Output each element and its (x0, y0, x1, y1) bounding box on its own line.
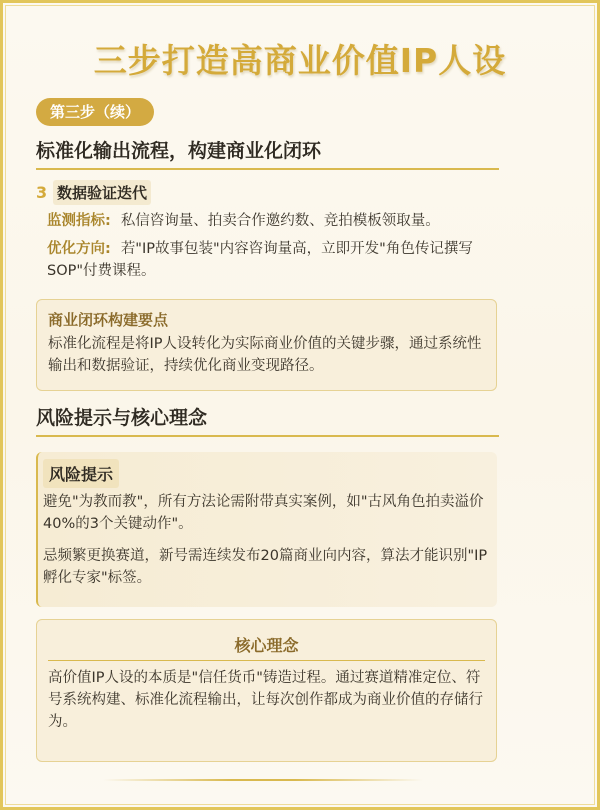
optimization-direction: 优化方向:若"IP故事包装"内容咨询量高，立即开发"角色传记撰写SOP"付费课程… (47, 238, 497, 282)
item-number: 3 (36, 183, 47, 202)
risk-label: 风险提示 (43, 459, 119, 488)
key-points-title: 商业闭环构建要点 (48, 309, 485, 330)
monitoring-label: 监测指标: (47, 213, 111, 229)
key-points-text: 标准化流程是将IP人设转化为实际商业价值的关键步骤，通过系统性输出和数据验证，持… (48, 333, 485, 377)
section-divider (36, 168, 499, 170)
core-philosophy-text: 高价值IP人设的本质是"信任货币"铸造过程。通过赛道精准定位、符号系统构建、标准… (48, 667, 488, 733)
page-title: 三步打造高商业价值IP人设 (3, 35, 597, 82)
risk-paragraph-2: 忌频繁更换赛道，新号需连续发布20篇商业向内容，算法才能识别"IP孵化专家"标签… (43, 545, 493, 589)
section-heading-risk: 风险提示与核心理念 (36, 403, 499, 430)
key-points-box: 商业闭环构建要点 标准化流程是将IP人设转化为实际商业价值的关键步骤，通过系统性… (36, 299, 497, 391)
core-divider (48, 660, 485, 661)
monitoring-metrics: 监测指标:私信咨询量、拍卖合作邀约数、竞拍模板领取量。 (47, 210, 497, 232)
page-frame: 三步打造高商业价值IP人设 第三步（续） 标准化输出流程，构建商业化闭环 3 数… (0, 0, 600, 810)
core-philosophy-title: 核心理念 (36, 633, 497, 656)
optimization-label: 优化方向: (47, 241, 111, 257)
section-heading-standardization: 标准化输出流程，构建商业化闭环 (36, 136, 499, 163)
section-divider (36, 435, 499, 437)
step-badge: 第三步（续） (36, 98, 154, 126)
item-title: 数据验证迭代 (53, 180, 151, 205)
footer-divider (103, 779, 423, 781)
risk-paragraph-1: 避免"为教而教"，所有方法论需附带真实案例，如"古风角色拍卖溢价40%的3个关键… (43, 491, 493, 535)
monitoring-text: 私信咨询量、拍卖合作邀约数、竞拍模板领取量。 (121, 213, 440, 229)
